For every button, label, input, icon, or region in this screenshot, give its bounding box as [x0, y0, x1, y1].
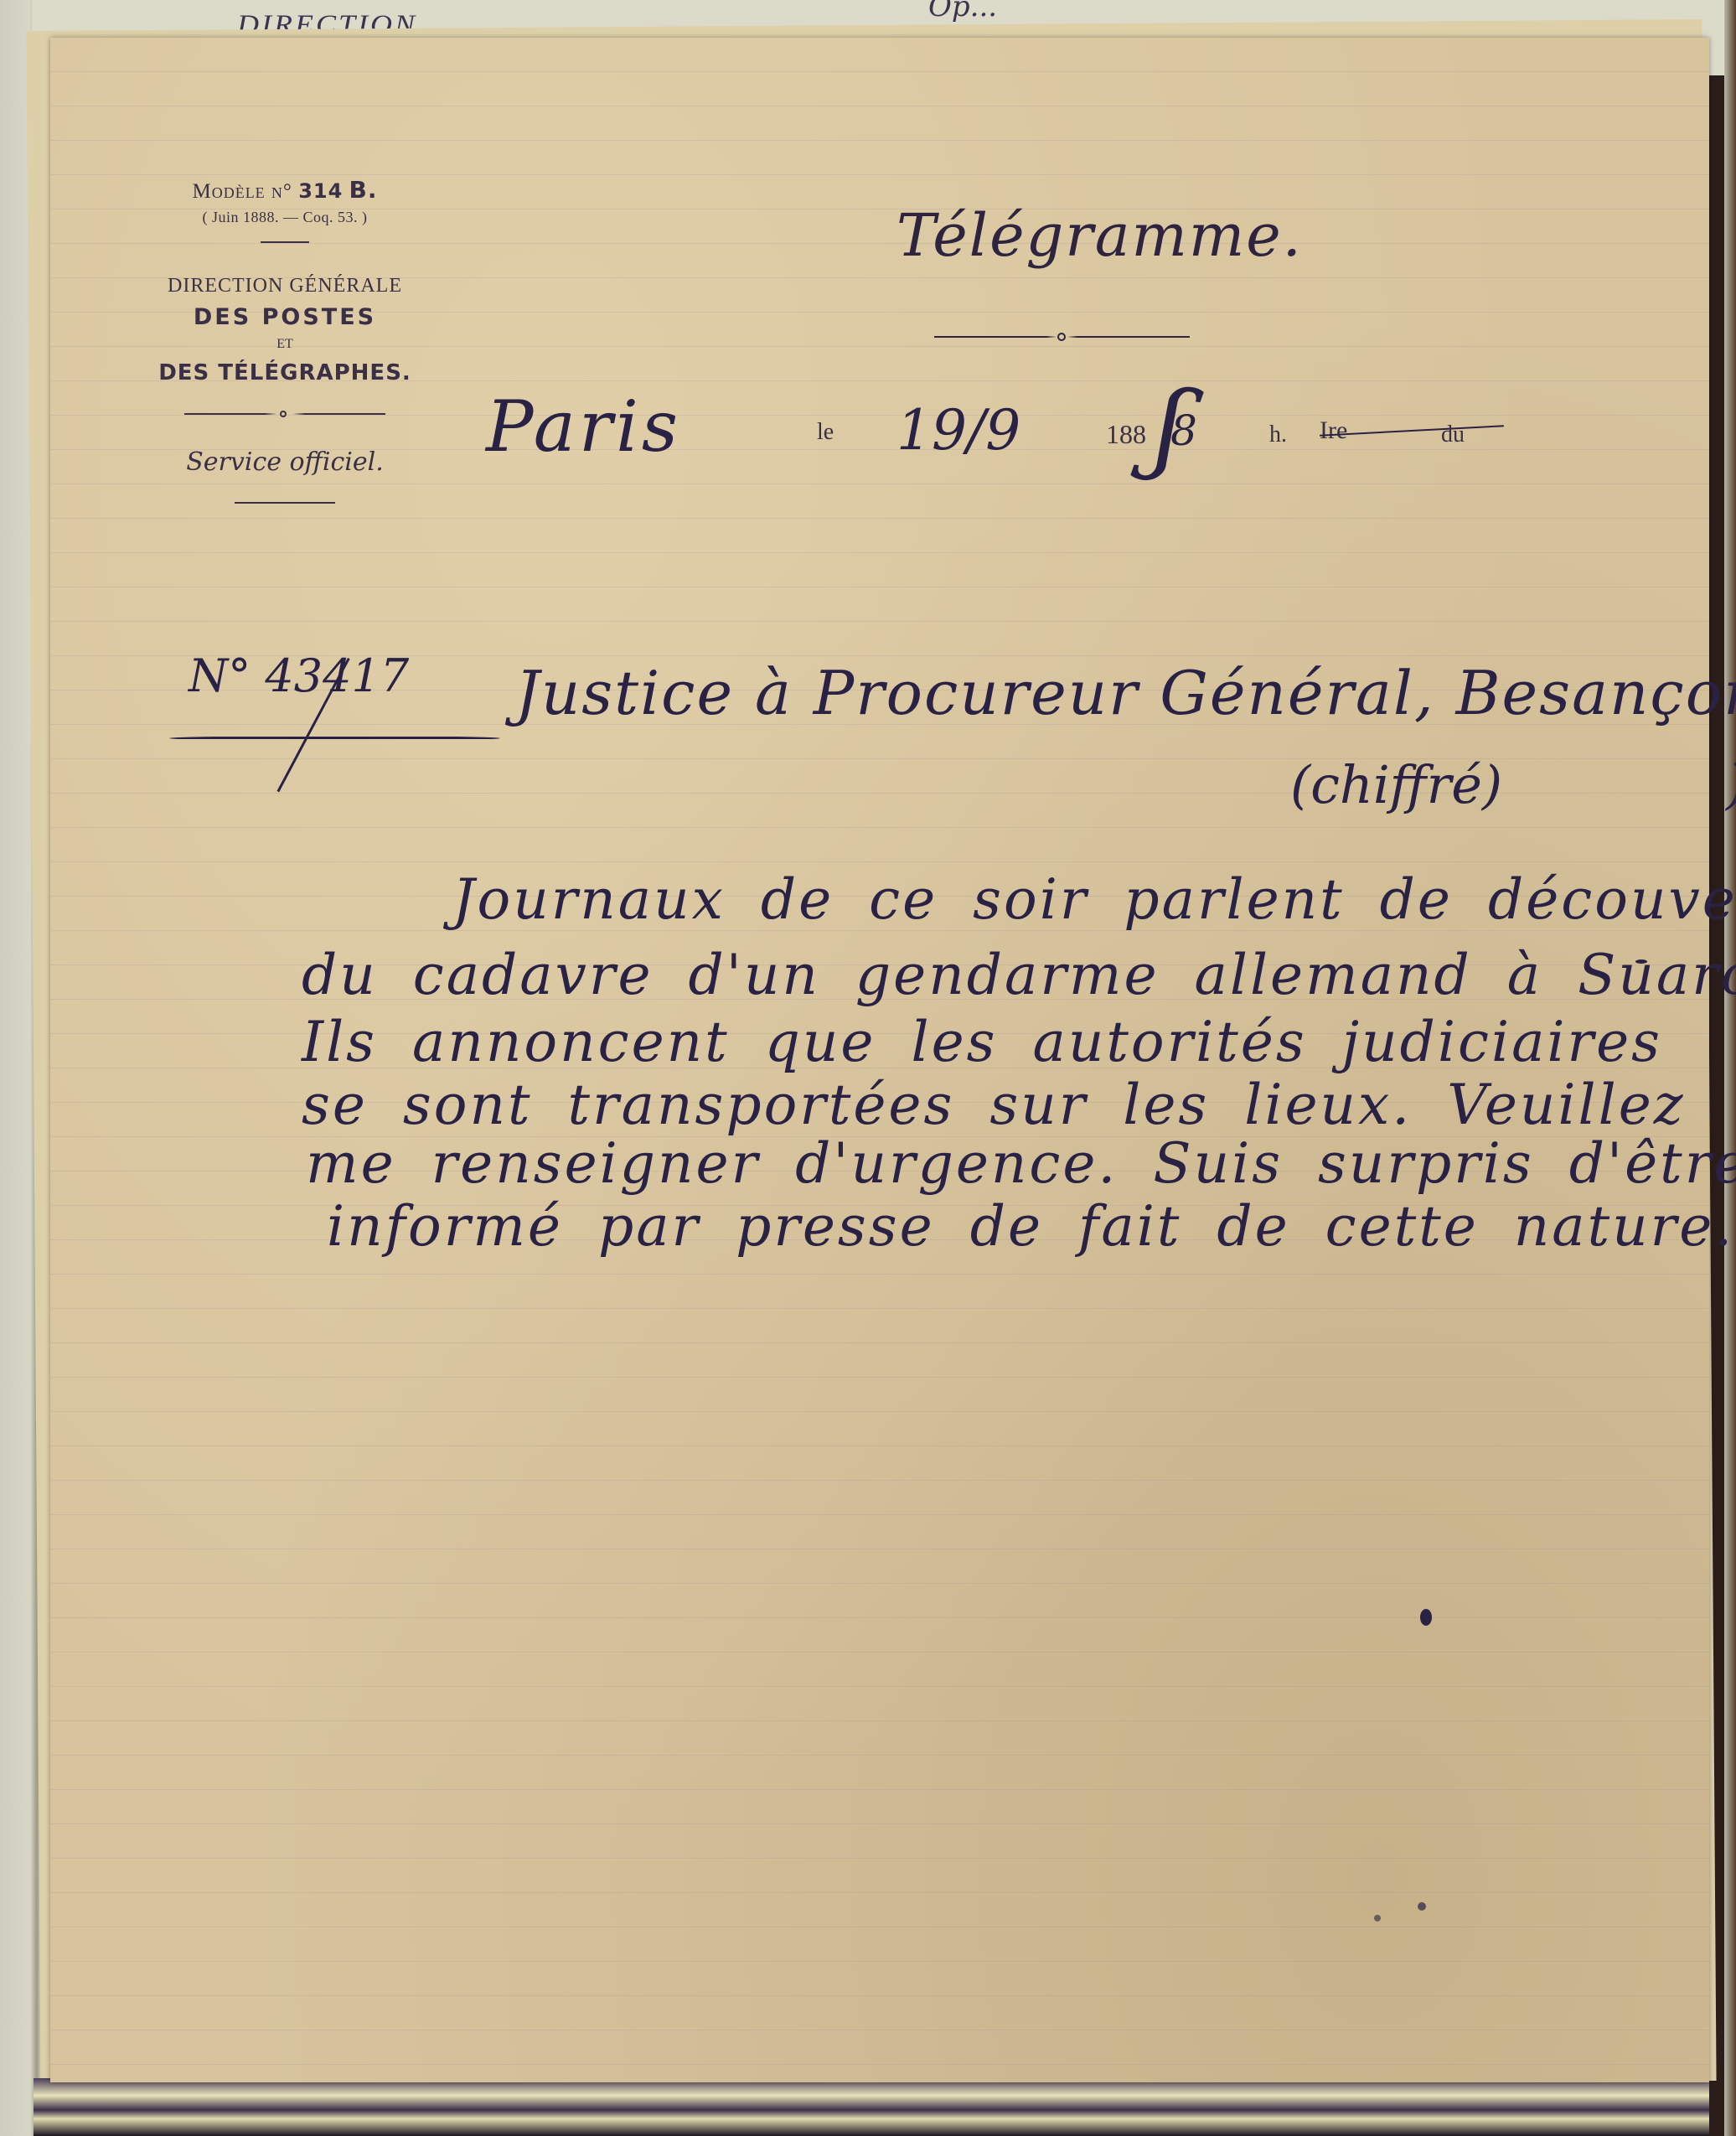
model-number: 314: [298, 179, 343, 203]
body-line: Ils annoncent que les autorités judiciai…: [302, 1010, 1662, 1074]
number-underline: [169, 736, 500, 741]
des-telegraphes: DES TÉLÉGRAPHES.: [134, 360, 436, 385]
model-edition: ( Juin 1888. — Coq. 53. ): [134, 209, 436, 226]
struck-text: Ire: [1320, 416, 1347, 445]
service-officiel: Service officiel.: [134, 447, 436, 477]
paper-stack-bottom: [34, 2078, 1709, 2136]
number-label: N°: [189, 649, 251, 702]
body-line: informé par presse de fait de cette natu…: [327, 1194, 1734, 1259]
folder-right-edge: [1724, 0, 1736, 2136]
direction-generale: DIRECTION GÉNÉRALE: [134, 275, 436, 297]
ink-spot: [1420, 1609, 1432, 1626]
le-label: le: [817, 419, 834, 446]
hour-label: h.: [1269, 422, 1287, 448]
model-label: Modèle n°: [192, 180, 292, 203]
model-suffix: B.: [349, 176, 378, 204]
du-label: du: [1441, 422, 1465, 448]
document-title: Télégramme.: [896, 201, 1303, 270]
model-line: Modèle n° 314 B.: [134, 176, 436, 204]
underlying-paper-scrawl: Op...: [928, 0, 997, 23]
place-of-origin: Paris: [486, 385, 681, 468]
divider: [261, 241, 309, 243]
telegram-sheet: Modèle n° 314 B. ( Juin 1888. — Coq. 53.…: [50, 38, 1709, 2082]
ornament-divider: [184, 411, 385, 417]
title-ornament-rule: [934, 333, 1190, 341]
ink-spot: [1374, 1915, 1381, 1921]
year-printed: 188: [1106, 419, 1146, 450]
body-line: me renseigner d'urgence. Suis surpris d'…: [306, 1131, 1736, 1196]
body-line: se sont transportées sur les lieux. Veui…: [302, 1073, 1686, 1137]
telegram-number: N° 43417: [189, 649, 409, 702]
cipher-note: (chiffré): [1290, 754, 1502, 815]
date-value: 19/9: [896, 398, 1020, 463]
des-postes: DES POSTES: [134, 304, 436, 330]
margin-mark: [1635, 959, 1647, 964]
divider: [235, 502, 335, 504]
body-line: du cadavre d'un gendarme allemand à Suar…: [302, 943, 1736, 1007]
margin-paren: ): [1726, 754, 1736, 816]
ink-spot: [1418, 1902, 1426, 1911]
addressee-line: Justice à Procureur Général, Besançon: [515, 658, 1736, 728]
printed-header: Modèle n° 314 B. ( Juin 1888. — Coq. 53.…: [134, 176, 436, 504]
body-line: Journaux de ce soir parlent de découvert…: [452, 867, 1736, 932]
et-label: ET: [134, 337, 436, 352]
